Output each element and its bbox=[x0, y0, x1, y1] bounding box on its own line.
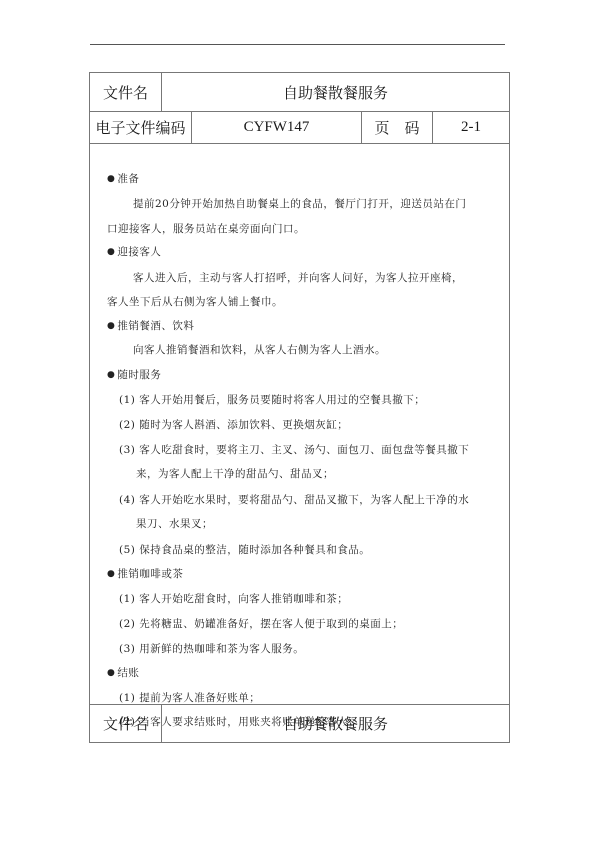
section-heading: 推销咖啡或茶 bbox=[107, 566, 183, 581]
file-name-label: 文件名 bbox=[90, 73, 162, 111]
list-item: (2) 先将糖盅、奶罐准备好，摆在客人便于取到的桌面上； bbox=[119, 616, 403, 631]
list-item-continuation: 来，为客人配上干净的甜品勺、甜品叉； bbox=[136, 466, 334, 481]
list-item: (3) 客人吃甜食时，要将主刀、主叉、汤勺、面包刀、面包盘等餐具撤下 bbox=[119, 442, 469, 457]
paragraph-line: 提前20分钟开始加热自助餐桌上的食品，餐厅门打开，迎送员站在门 bbox=[133, 196, 466, 211]
paragraph-line: 口迎接客人，服务员站在桌旁面向门口。 bbox=[107, 221, 305, 236]
paragraph-line: 客人坐下后从右侧为客人铺上餐巾。 bbox=[107, 294, 283, 309]
list-item: (1) 客人开始用餐后，服务员要随时将客人用过的空餐具撤下； bbox=[119, 392, 425, 407]
footer-document-title: 自助餐散餐服务 bbox=[162, 705, 509, 742]
list-item: (5) 保持食品桌的整洁，随时添加各种餐具和食品。 bbox=[119, 542, 370, 557]
section-heading: 推销餐酒、饮料 bbox=[107, 318, 194, 333]
paragraph-line: 向客人推销餐酒和饮料，从客人右侧为客人上酒水。 bbox=[133, 342, 386, 357]
title-row: 文件名 自助餐散餐服务 bbox=[90, 73, 509, 112]
list-item-continuation: 果刀、水果叉； bbox=[136, 516, 213, 531]
list-item: (3) 用新鲜的热咖啡和茶为客人服务。 bbox=[119, 641, 304, 656]
footer-row: 文件名 自助餐散餐服务 bbox=[90, 705, 509, 742]
document-body: 准备 提前20分钟开始加热自助餐桌上的食品，餐厅门打开，迎送员站在门 口迎接客人… bbox=[90, 144, 509, 705]
list-item: (4) 客人开始吃水果时，要将甜品勺、甜品叉撤下，为客人配上干净的水 bbox=[119, 492, 469, 507]
page-label: 页 码 bbox=[362, 112, 433, 143]
code-label: 电子文件编码 bbox=[90, 112, 192, 143]
section-heading: 随时服务 bbox=[107, 367, 161, 382]
document-table: 文件名 自助餐散餐服务 电子文件编码 CYFW147 页 码 2-1 准备 提前… bbox=[89, 72, 510, 743]
section-heading: 结账 bbox=[107, 665, 139, 680]
code-row: 电子文件编码 CYFW147 页 码 2-1 bbox=[90, 112, 509, 144]
section-heading: 迎接客人 bbox=[107, 244, 161, 259]
section-heading: 准备 bbox=[107, 171, 139, 186]
header-rule bbox=[90, 44, 505, 45]
list-item: (1) 提前为客人准备好账单； bbox=[119, 690, 260, 705]
document-title: 自助餐散餐服务 bbox=[162, 73, 509, 111]
code-value: CYFW147 bbox=[192, 112, 362, 143]
list-item: (2) 随时为客人斟酒、添加饮料、更换烟灰缸； bbox=[119, 417, 348, 432]
page-value: 2-1 bbox=[433, 112, 509, 143]
list-item: (1) 客人开始吃甜食时，向客人推销咖啡和茶； bbox=[119, 591, 348, 606]
footer-file-name-label: 文件名 bbox=[90, 705, 162, 742]
paragraph-line: 客人进入后，主动与客人打招呼，并向客人问好，为客人拉开座椅， bbox=[133, 270, 463, 285]
